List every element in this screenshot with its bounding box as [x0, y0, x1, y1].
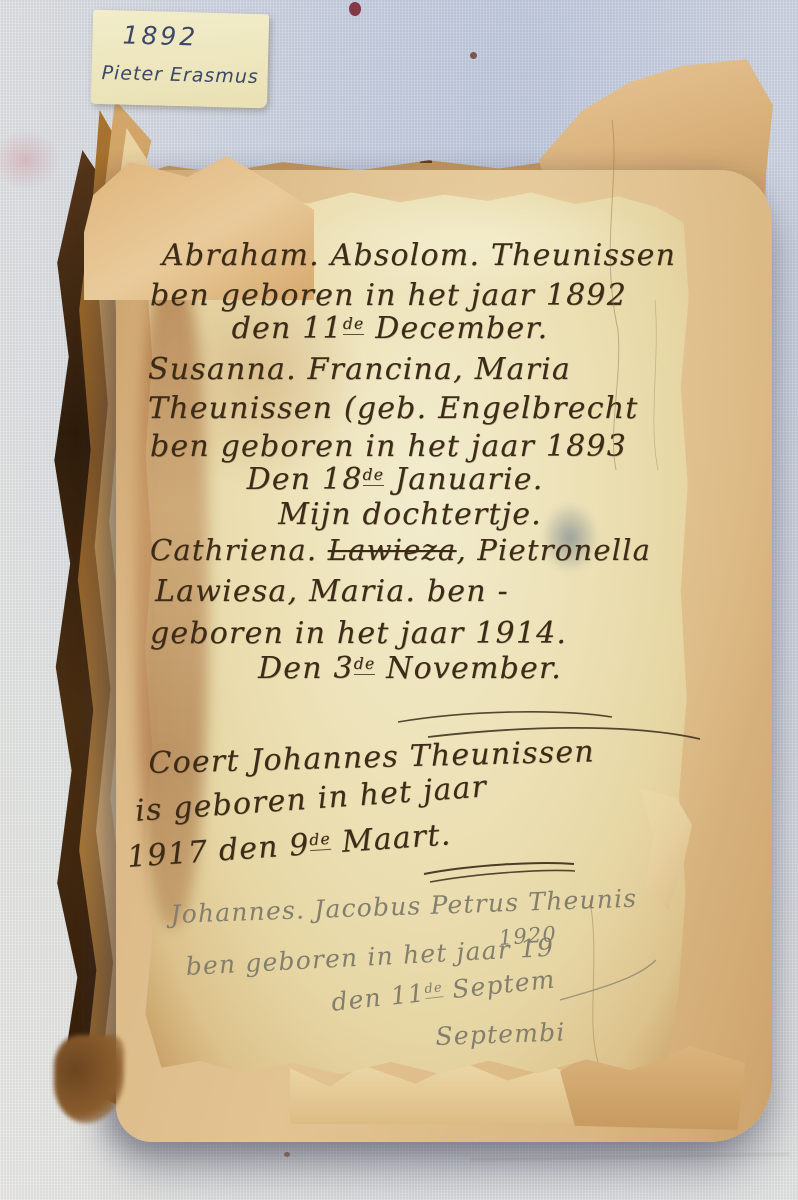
- entry-susanna-line4: Den 18de Januarie.: [175, 462, 615, 497]
- fabric-stain-red: [349, 2, 361, 16]
- text: Lawiesa, Maria. ben -: [155, 574, 509, 609]
- text: Septembi: [435, 1017, 566, 1051]
- ordinal-superscript: de: [363, 466, 385, 486]
- entry-abraham-line3: den 11de December.: [170, 311, 610, 346]
- fabric-stain-speck: [284, 1152, 290, 1157]
- entry-abraham-line2: ben geboren in het jaar 1892: [150, 278, 627, 313]
- tag-name: Pieter Erasmus: [101, 62, 259, 88]
- fabric-crease: [470, 1153, 790, 1161]
- ordinal-superscript: de: [354, 655, 376, 675]
- entry-dochtertje-line1: Cathriena. Lawieza, Pietronella: [150, 533, 651, 567]
- struck-through-name: Lawieza: [328, 533, 457, 567]
- paper-tag: 1892 Pieter Erasmus: [91, 10, 269, 109]
- entry-dochtertje-line3: geboren in het jaar 1914.: [150, 616, 567, 651]
- text: ben geboren in het jaar 1892: [150, 278, 627, 313]
- text: Abraham. Absolom. Theunissen: [162, 238, 676, 273]
- text: Januarie.: [384, 462, 543, 497]
- ordinal-superscript: de: [343, 315, 365, 335]
- text: November.: [375, 651, 562, 686]
- entry-dochtertje-heading: Mijn dochtertje.: [190, 497, 630, 532]
- text: Den 18: [247, 462, 363, 497]
- ordinal-superscript: de: [424, 980, 444, 999]
- ordinal-superscript: de: [309, 829, 332, 850]
- text: Susanna. Francina, Maria: [148, 352, 571, 387]
- entry-johannes-line4: Septembi: [435, 1017, 566, 1051]
- text: Den 3: [258, 651, 354, 686]
- tag-year: 1892: [122, 20, 198, 51]
- text: geboren in het jaar 1914.: [150, 616, 567, 651]
- text: ben geboren in het jaar 1893: [150, 429, 627, 464]
- fabric-stain-small: [470, 52, 477, 59]
- entry-abraham-line1: Abraham. Absolom. Theunissen: [162, 238, 672, 273]
- text: , Pietronella: [457, 533, 652, 567]
- text: December.: [364, 311, 548, 346]
- entry-susanna-line3: ben geboren in het jaar 1893: [150, 429, 627, 464]
- text: Mijn dochtertje.: [278, 497, 542, 532]
- entry-dochtertje-line2: Lawiesa, Maria. ben -: [155, 574, 509, 609]
- text: den 11: [232, 311, 343, 346]
- text: Cathriena.: [150, 533, 328, 567]
- text: Theunissen (geb. Engelbrecht: [148, 391, 639, 426]
- worn-bottom-left-corner: [54, 1035, 124, 1123]
- photo-of-register-page: 1892 Pieter Erasmus Abraham. Absolom. Th…: [0, 0, 798, 1200]
- fabric-stain-pink-smudge: [0, 130, 60, 190]
- entry-dochtertje-line4: Den 3de November.: [200, 651, 620, 686]
- entry-susanna-line1: Susanna. Francina, Maria: [148, 352, 571, 387]
- entry-susanna-line2: Theunissen (geb. Engelbrecht: [148, 391, 639, 426]
